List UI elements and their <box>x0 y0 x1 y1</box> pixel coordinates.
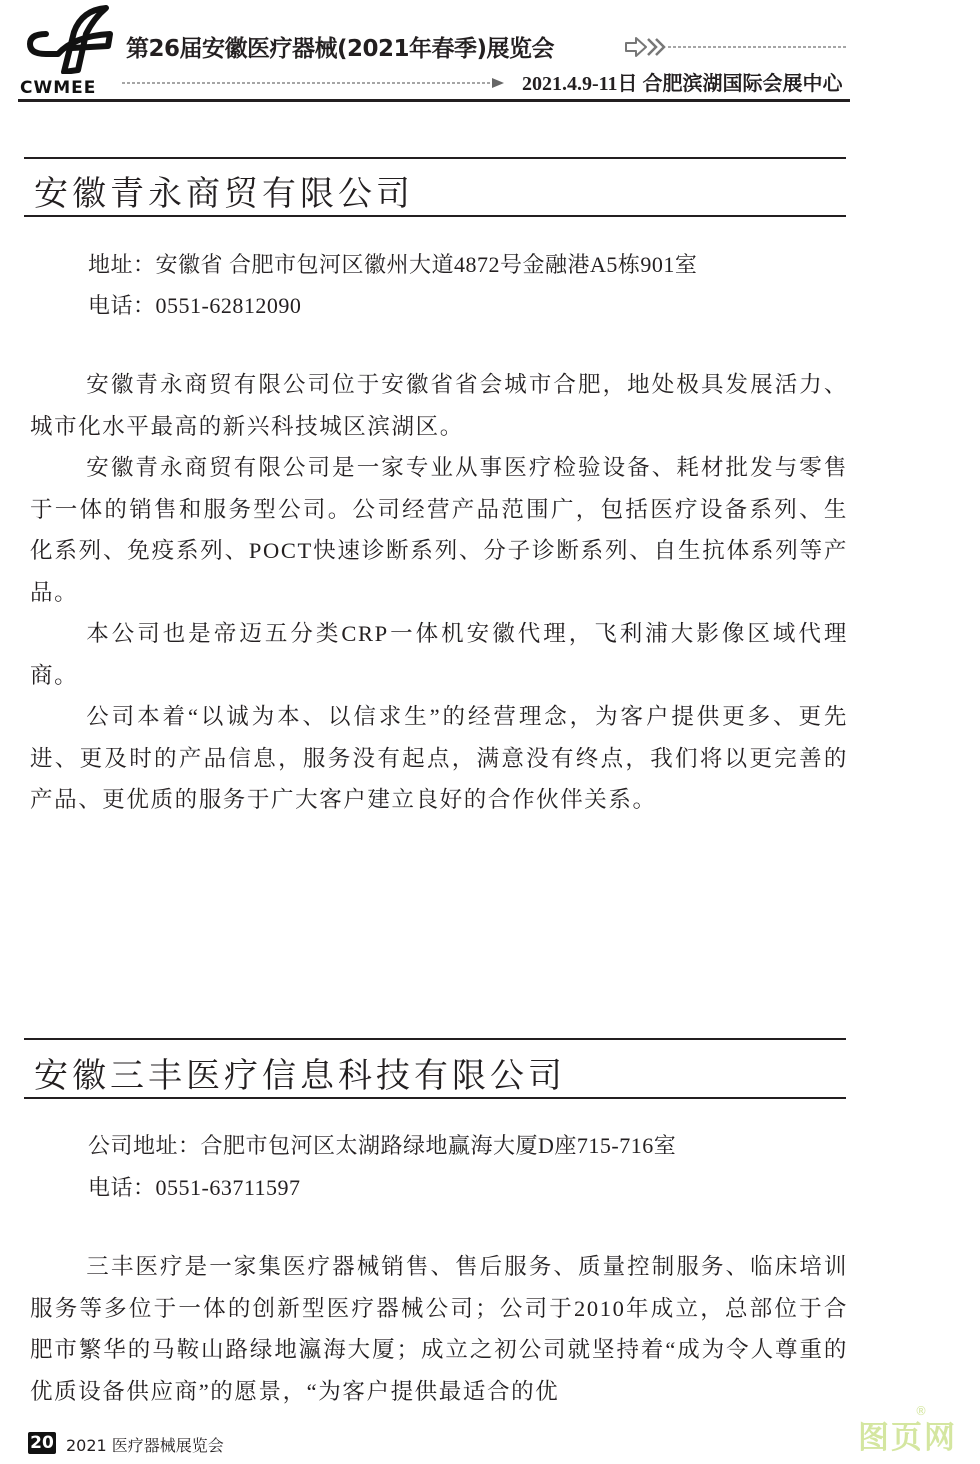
double-chevron-arrow-icon <box>624 36 850 58</box>
watermark: 图页网 <box>858 1412 957 1457</box>
company-address: 地址：安徽省 合肥市包河区徽州大道4872号金融港A5栋901室 <box>88 248 697 279</box>
paragraph: 本公司也是帝迈五分类CRP一体机安徽代理，飞利浦大影像区域代理商。 <box>30 613 848 696</box>
section-rule-top <box>24 157 846 159</box>
logo-text: CWMEE <box>20 78 96 98</box>
company-phone: 电话：0551-63711597 <box>88 1171 301 1202</box>
cross-logo-icon <box>24 4 114 74</box>
footer-label: 2021 医疗器械展览会 <box>66 1433 224 1456</box>
company-phone: 电话：0551-62812090 <box>88 289 301 320</box>
section-rule-bottom <box>24 215 846 217</box>
section-rule-bottom <box>24 1097 846 1099</box>
paragraph: 三丰医疗是一家集医疗器械销售、售后服务、质量控制服务、临床培训服务等多位于一体的… <box>30 1246 848 1412</box>
registered-mark-icon: ® <box>915 1404 927 1418</box>
dashed-arrow-icon <box>122 77 506 89</box>
page-number: 20 <box>28 1432 56 1454</box>
company-address: 公司地址：合肥市包河区太湖路绿地赢海大厦D座715-716室 <box>88 1129 676 1160</box>
paragraph: 安徽青永商贸有限公司是一家专业从事医疗检验设备、耗材批发与零售于一体的销售和服务… <box>30 447 848 613</box>
header-divider <box>18 99 850 102</box>
company-description: 三丰医疗是一家集医疗器械销售、售后服务、质量控制服务、临床培训服务等多位于一体的… <box>30 1246 848 1412</box>
company-description: 安徽青永商贸有限公司位于安徽省省会城市合肥，地处极具发展活力、城市化水平最高的新… <box>30 364 848 821</box>
expo-title: 第26届安徽医疗器械(2021年春季)展览会 <box>126 30 554 63</box>
company-title: 安徽三丰医疗信息科技有限公司 <box>34 1048 566 1097</box>
company-title: 安徽青永商贸有限公司 <box>34 166 414 215</box>
expo-date-venue: 2021.4.9-11日 合肥滨湖国际会展中心 <box>522 67 843 96</box>
paragraph: 公司本着“以诚为本、以信求生”的经营理念，为客户提供更多、更先进、更及时的产品信… <box>30 696 848 821</box>
paragraph: 安徽青永商贸有限公司位于安徽省省会城市合肥，地处极具发展活力、城市化水平最高的新… <box>30 364 848 447</box>
section-rule-top <box>24 1038 846 1040</box>
